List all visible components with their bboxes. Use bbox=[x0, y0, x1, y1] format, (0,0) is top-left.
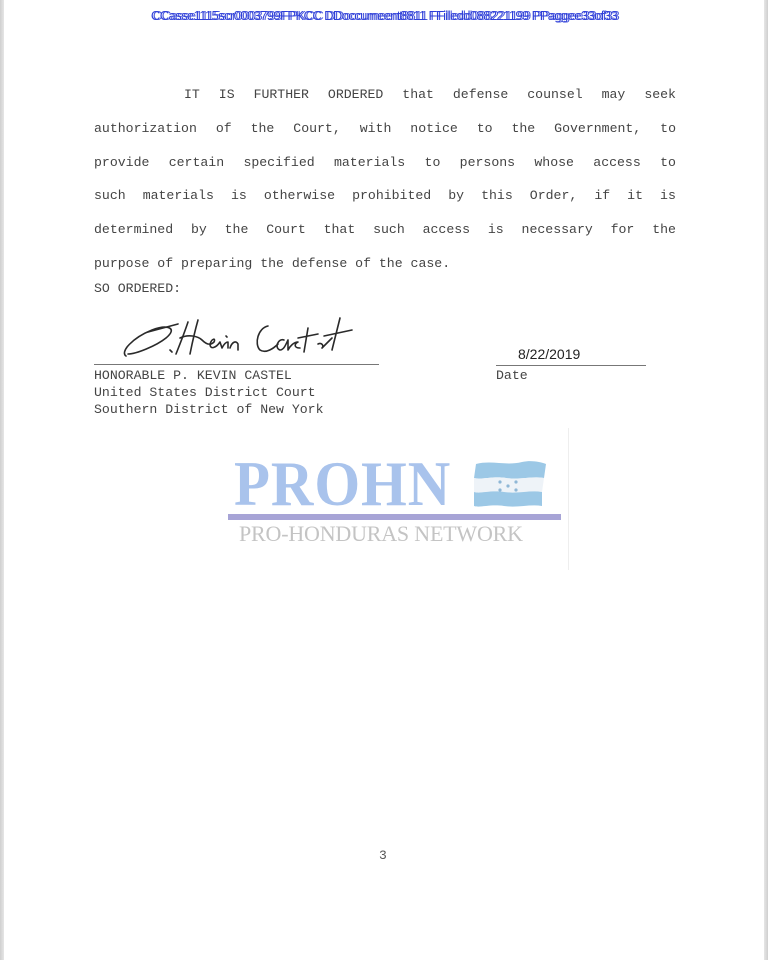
watermark-subtitle: PRO-HONDURAS NETWORK bbox=[239, 521, 523, 547]
paragraph-word: materials bbox=[143, 179, 214, 213]
paragraph-word: FURTHER bbox=[254, 78, 309, 112]
prohn-watermark-logo: PROHN PRO-HONDURAS NETWORK bbox=[228, 455, 568, 555]
paragraph-word: to bbox=[660, 112, 676, 146]
signer-district: Southern District of New York bbox=[94, 401, 324, 418]
paragraph-word: is bbox=[231, 179, 247, 213]
paragraph-word: for bbox=[611, 213, 635, 247]
paragraph-word: Court bbox=[266, 213, 306, 247]
paragraph-word: notice bbox=[410, 112, 457, 146]
paragraph-word: seek bbox=[644, 78, 676, 112]
paragraph-word: is bbox=[488, 213, 504, 247]
order-paragraph: ITISFURTHERORDEREDthatdefensecounselmays… bbox=[94, 78, 676, 281]
paragraph-line: providecertainspecifiedmaterialstoperson… bbox=[94, 146, 676, 180]
paragraph-line: determinedbytheCourtthatsuchaccessisnece… bbox=[94, 213, 676, 247]
paragraph-word: persons bbox=[460, 146, 515, 180]
paragraph-line: authorizationoftheCourt,withnoticetotheG… bbox=[94, 112, 676, 146]
paragraph-word: authorization bbox=[94, 112, 197, 146]
signer-block: HONORABLE P. KEVIN CASTELUnited States D… bbox=[94, 367, 324, 418]
paragraph-word: IS bbox=[219, 78, 235, 112]
paragraph-word: that bbox=[402, 78, 434, 112]
paragraph-word: such bbox=[94, 179, 126, 213]
paragraph-word: that bbox=[324, 213, 356, 247]
paragraph-word: specified bbox=[243, 146, 314, 180]
watermark-divider bbox=[568, 428, 569, 570]
paragraph-word: access bbox=[423, 213, 470, 247]
paragraph-word: it bbox=[627, 179, 643, 213]
paragraph-word: by bbox=[191, 213, 207, 247]
paragraph-word: necessary bbox=[522, 213, 593, 247]
date-line bbox=[496, 365, 646, 366]
paragraph-line: ITISFURTHERORDEREDthatdefensecounselmays… bbox=[94, 78, 676, 112]
signer-name: HONORABLE P. KEVIN CASTEL bbox=[94, 367, 324, 384]
signature-date: 8/22/2019 bbox=[518, 346, 580, 362]
paragraph-word: Order, bbox=[530, 179, 577, 213]
paragraph-line: suchmaterialsisotherwiseprohibitedbythis… bbox=[94, 179, 676, 213]
paragraph-word: provide bbox=[94, 146, 149, 180]
paragraph-word: Government, bbox=[554, 112, 641, 146]
paragraph-word: the bbox=[251, 112, 275, 146]
paragraph-word: if bbox=[594, 179, 610, 213]
paragraph-word: this bbox=[481, 179, 513, 213]
paragraph-word: prohibited bbox=[352, 179, 431, 213]
paragraph-word: the bbox=[225, 213, 249, 247]
signature-icon bbox=[118, 314, 358, 362]
paragraph-word: to bbox=[660, 146, 676, 180]
paragraph-word: IT bbox=[184, 78, 200, 112]
filing-header-text: CCasse1115scr0003799FPKCC DDoccumeent881… bbox=[151, 8, 617, 23]
paragraph-word: to bbox=[477, 112, 493, 146]
paragraph-word: defense bbox=[453, 78, 508, 112]
paragraph-word: purpose of preparing the defense of the … bbox=[94, 247, 450, 281]
court-filing-header: CCasse1115scr0003799FPKCC DDoccumeent881… bbox=[0, 8, 768, 23]
page-edge-left bbox=[0, 0, 4, 960]
paragraph-word: determined bbox=[94, 213, 173, 247]
paragraph-word: the bbox=[652, 213, 676, 247]
paragraph-word: may bbox=[602, 78, 626, 112]
paragraph-word: certain bbox=[169, 146, 224, 180]
paragraph-word: otherwise bbox=[264, 179, 335, 213]
paragraph-word: such bbox=[373, 213, 405, 247]
signer-court: United States District Court bbox=[94, 384, 324, 401]
page-number: 3 bbox=[379, 848, 387, 863]
paragraph-line: purpose of preparing the defense of the … bbox=[94, 247, 676, 281]
watermark-bar bbox=[228, 514, 561, 520]
watermark-brand-text: PROHN bbox=[234, 447, 451, 521]
paragraph-word: whose bbox=[534, 146, 574, 180]
paragraph-word: of bbox=[216, 112, 232, 146]
paragraph-word: Court, bbox=[293, 112, 340, 146]
paragraph-word: access bbox=[593, 146, 640, 180]
signature-line bbox=[94, 364, 379, 365]
paragraph-word: materials bbox=[334, 146, 405, 180]
paragraph-word: ORDERED bbox=[328, 78, 383, 112]
honduras-flag-icon bbox=[472, 460, 548, 510]
date-label: Date bbox=[496, 367, 528, 384]
page-edge-right bbox=[764, 0, 768, 960]
paragraph-word: with bbox=[360, 112, 392, 146]
paragraph-word: to bbox=[425, 146, 441, 180]
paragraph-word: is bbox=[660, 179, 676, 213]
paragraph-word: by bbox=[448, 179, 464, 213]
so-ordered-label: SO ORDERED: bbox=[94, 281, 181, 296]
paragraph-word: the bbox=[511, 112, 535, 146]
paragraph-word: counsel bbox=[527, 78, 582, 112]
